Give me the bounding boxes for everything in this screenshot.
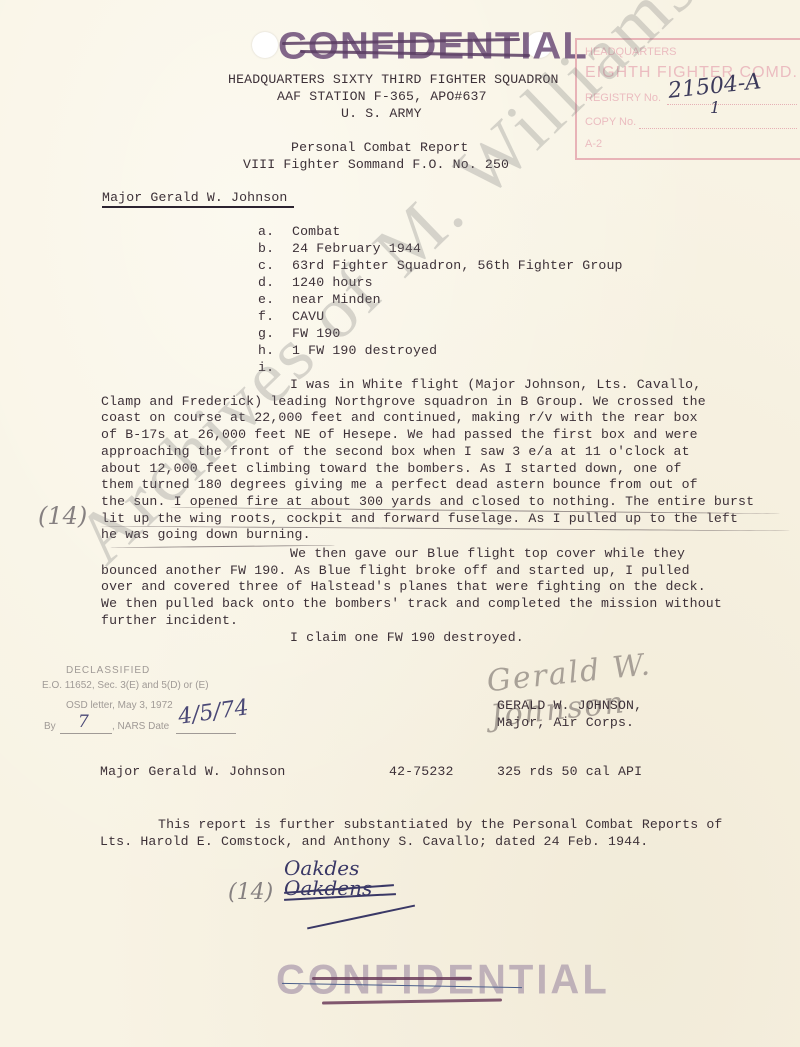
- nars-date-line: [176, 733, 236, 734]
- item-letter: c.: [258, 258, 274, 275]
- summary-aircraft-serial: 42-75232: [389, 764, 454, 781]
- narrative-line: about 12,000 feet climbing toward the bo…: [101, 461, 682, 478]
- stamp-strikethrough: [312, 977, 472, 980]
- header-army: U. S. ARMY: [341, 106, 422, 123]
- item-value: CAVU: [292, 309, 324, 326]
- item-value: 1 FW 190 destroyed: [292, 343, 437, 360]
- signature-rank: Major, Air Corps.: [497, 715, 634, 732]
- narrative-line: he was going down burning.: [101, 527, 311, 544]
- handwritten-copy-number: 1: [710, 98, 720, 117]
- item-value: 24 February 1944: [292, 241, 421, 258]
- report-title: Personal Combat Report: [291, 140, 468, 157]
- item-letter: e.: [258, 292, 274, 309]
- nars-date-label: , NARS Date: [112, 721, 169, 732]
- report-subtitle: VIII Fighter Sommand F.O. No. 250: [243, 157, 509, 174]
- item-value: FW 190: [292, 326, 340, 343]
- item-letter: g.: [258, 326, 274, 343]
- punch-hole: [252, 32, 278, 58]
- item-letter: i.: [258, 360, 274, 377]
- pilot-heading-underline: [102, 206, 294, 208]
- signature-name: GERALD W. JOHNSON,: [497, 698, 642, 715]
- narrative-line: Clamp and Frederick) leading Northgrove …: [101, 394, 706, 411]
- declassified-authority: E.O. 11652, Sec. 3(E) and 5(D) or (E): [42, 680, 209, 691]
- narrative-line: approaching the front of the second box …: [101, 444, 690, 461]
- narrative-line: We then pulled back onto the bombers' tr…: [101, 596, 722, 613]
- registry-copy-label: COPY No.: [585, 116, 636, 128]
- item-letter: h.: [258, 343, 274, 360]
- narrative-line: further incident.: [101, 613, 238, 630]
- item-letter: a.: [258, 224, 274, 241]
- header-station: AAF STATION F-365, APO#637: [277, 89, 487, 106]
- narrative-line: I was in White flight (Major Johnson, Lt…: [290, 377, 701, 394]
- narrative-line: them turned 180 degrees giving me a perf…: [101, 477, 698, 494]
- declassified-by-label: By: [44, 721, 56, 732]
- item-value: 1240 hours: [292, 275, 373, 292]
- pilot-heading: Major Gerald W. Johnson: [102, 190, 287, 207]
- by-line: [60, 733, 112, 734]
- substantiation-line: Lts. Harold E. Comstock, and Anthony S. …: [100, 834, 648, 851]
- narrative-line: bounced another FW 190. As Blue flight b…: [101, 563, 690, 580]
- confidential-stamp-bottom: CONFIDENTIAL: [276, 957, 610, 1004]
- narrative-line: over and covered three of Halstead's pla…: [101, 579, 706, 596]
- registry-line: HEADQUARTERS: [585, 46, 676, 58]
- item-value: Combat: [292, 224, 340, 241]
- header-unit: HEADQUARTERS SIXTY THIRD FIGHTER SQUADRO…: [228, 72, 559, 89]
- summary-pilot: Major Gerald W. Johnson: [100, 764, 285, 781]
- confidential-stamp-top: CONFIDENTIAL: [278, 25, 588, 68]
- narrative-line: lit up the wing roots, cockpit and forwa…: [101, 511, 738, 528]
- item-letter: f.: [258, 309, 274, 326]
- claim-statement: I claim one FW 190 destroyed.: [290, 630, 524, 647]
- item-value: 63rd Fighter Squadron, 56th Fighter Grou…: [292, 258, 623, 275]
- registry-dotted-line: [639, 128, 797, 129]
- narrative-line: We then gave our Blue flight top cover w…: [290, 546, 685, 563]
- registry-a2: A-2: [585, 138, 602, 150]
- declassified-osd: OSD letter, May 3, 1972: [66, 700, 173, 711]
- registry-number-label: REGISTRY No.: [585, 92, 661, 104]
- declassified-by-initials: 7: [78, 712, 89, 732]
- declassified-label: DECLASSIFIED: [66, 665, 150, 676]
- margin-annotation: (14): [38, 502, 87, 530]
- narrative-line: the sun. I opened fire at about 300 yard…: [101, 494, 754, 511]
- item-letter: d.: [258, 275, 274, 292]
- summary-ammunition: 325 rds 50 cal API: [497, 764, 642, 781]
- registry-dotted-line: [667, 104, 797, 105]
- item-letter: b.: [258, 241, 274, 258]
- narrative-line: coast on course at 22,000 feet and conti…: [101, 410, 698, 427]
- item-value: near Minden: [292, 292, 381, 309]
- substantiation-line: This report is further substantiated by …: [158, 817, 722, 834]
- narrative-line: of B-17s at 26,000 feet NE of Hesepe. We…: [101, 427, 698, 444]
- signoff-annotation: (14): [228, 880, 273, 905]
